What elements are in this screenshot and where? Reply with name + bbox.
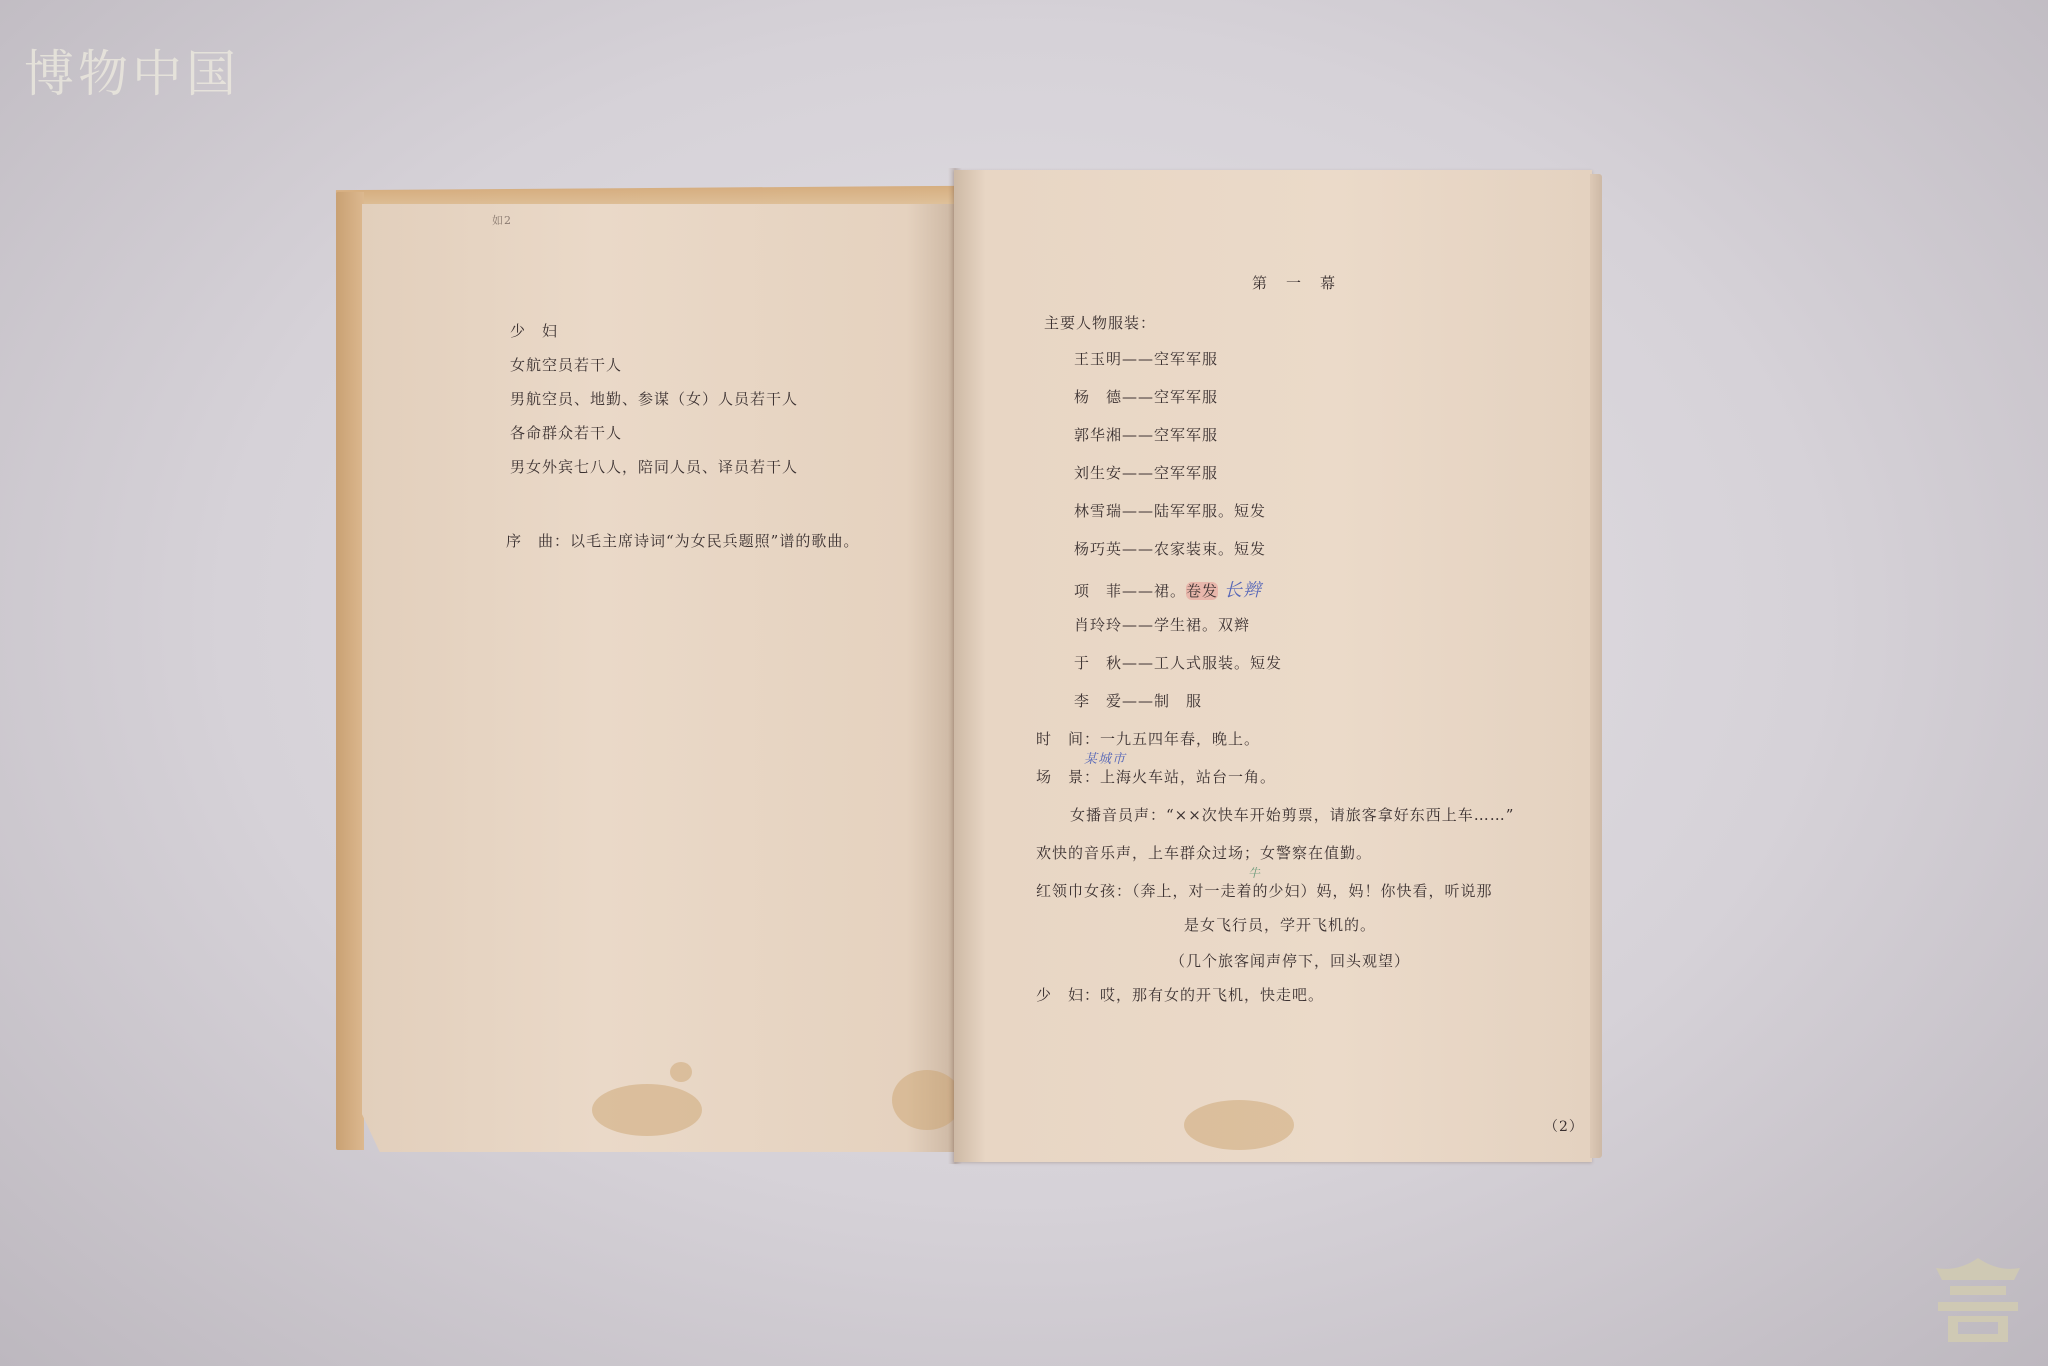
costume-row: 李 爱——制 服	[1074, 690, 1202, 711]
costume-row: 项 菲——裙。卷发 长辫	[1074, 576, 1262, 602]
costume-desc: ——农家装束。短发	[1122, 540, 1266, 558]
cast-item: 少 妇	[510, 320, 558, 341]
water-stain	[670, 1062, 692, 1082]
character-name: 杨 德	[1074, 388, 1122, 406]
water-stain	[1184, 1100, 1294, 1150]
prelude-line: 序 曲：以毛主席诗词“为女民兵题照”谱的歌曲。	[506, 530, 859, 551]
right-page: 第 一 幕 主要人物服装： 王玉明——空军军服 杨 德——空军军服 郭华湘——空…	[954, 170, 1592, 1162]
pavilion-logo-icon	[1928, 1250, 2028, 1350]
script-line: 是女飞行员，学开飞机的。	[1184, 914, 1376, 935]
costume-row: 林雪瑞——陆军军服。短发	[1074, 500, 1266, 521]
handwritten-scene-note: 某城市	[1084, 748, 1126, 767]
open-booklet: 如2 少 妇 女航空员若干人 男航空员、地勤、参谋（女）人员若干人 各命群众若干…	[336, 158, 1604, 1168]
character-name: 郭华湘	[1074, 426, 1122, 444]
costume-desc: ——空军军服	[1122, 464, 1218, 482]
cast-item: 各命群众若干人	[510, 422, 622, 443]
costume-row: 杨 德——空军军服	[1074, 386, 1218, 407]
costume-desc: ——陆军军服。短发	[1122, 502, 1266, 520]
costume-desc: ——空军军服	[1122, 350, 1218, 368]
costume-desc: ——制 服	[1122, 692, 1202, 710]
script-line: 欢快的音乐声，上车群众过场；女警察在值勤。	[1036, 842, 1372, 863]
cast-item: 男航空员、地勤、参谋（女）人员若干人	[510, 388, 798, 409]
time-line: 时 间：一九五四年春，晚上。	[1036, 728, 1260, 749]
costume-heading: 主要人物服装：	[1044, 312, 1156, 333]
costume-row: 刘生安——空军军服	[1074, 462, 1218, 483]
character-name: 王玉明	[1074, 350, 1122, 368]
cover-left-edge	[336, 192, 364, 1150]
character-name: 杨巧英	[1074, 540, 1122, 558]
character-name: 于 秋	[1074, 654, 1122, 672]
costume-desc: ——空军军服	[1122, 388, 1218, 406]
watermark-logo-text: 博物中国	[24, 34, 240, 106]
character-name: 肖玲玲	[1074, 616, 1122, 634]
costume-row: 杨巧英——农家装束。短发	[1074, 538, 1266, 559]
left-page: 如2 少 妇 女航空员若干人 男航空员、地勤、参谋（女）人员若干人 各命群众若干…	[362, 204, 954, 1152]
corner-mark: 如2	[492, 212, 512, 228]
character-name: 林雪瑞	[1074, 502, 1122, 520]
cast-item: 女航空员若干人	[510, 354, 622, 375]
costume-row: 肖玲玲——学生裙。双辫	[1074, 614, 1250, 635]
script-line: 少 妇：哎，那有女的开飞机，快走吧。	[1036, 984, 1324, 1005]
script-line: 女播音员声：“××次快车开始剪票，请旅客拿好东西上车……”	[1070, 804, 1514, 825]
costume-desc: ——学生裙。双辫	[1122, 616, 1250, 634]
cast-item: 男女外宾七八人，陪同人员、译员若干人	[510, 456, 798, 477]
stage-direction: （几个旅客闻声停下，回头观望）	[1170, 950, 1410, 971]
script-line: 红领巾女孩：（奔上，对一走着的少妇）妈，妈！你快看，听说那	[1036, 880, 1493, 901]
costume-desc: ——工人式服装。短发	[1122, 654, 1282, 672]
costume-row: 郭华湘——空军军服	[1074, 424, 1218, 445]
water-stain	[592, 1084, 702, 1136]
costume-desc: ——裙。	[1122, 582, 1186, 600]
handwritten-note: 长辫	[1224, 580, 1262, 601]
character-name: 李 爱	[1074, 692, 1122, 710]
costume-row: 王玉明——空军军服	[1074, 348, 1218, 369]
act-title: 第 一 幕	[1252, 272, 1337, 293]
character-name: 刘生安	[1074, 464, 1122, 482]
costume-desc: ——空军军服	[1122, 426, 1218, 444]
struck-correction: 卷发	[1186, 582, 1218, 600]
scene-line: 场 景：上海火车站，站台一角。	[1036, 766, 1276, 787]
page-number: （2）	[1544, 1116, 1584, 1136]
handwritten-mark: 牛	[1248, 864, 1261, 881]
costume-row: 于 秋——工人式服装。短发	[1074, 652, 1282, 673]
character-name: 项 菲	[1074, 582, 1122, 600]
